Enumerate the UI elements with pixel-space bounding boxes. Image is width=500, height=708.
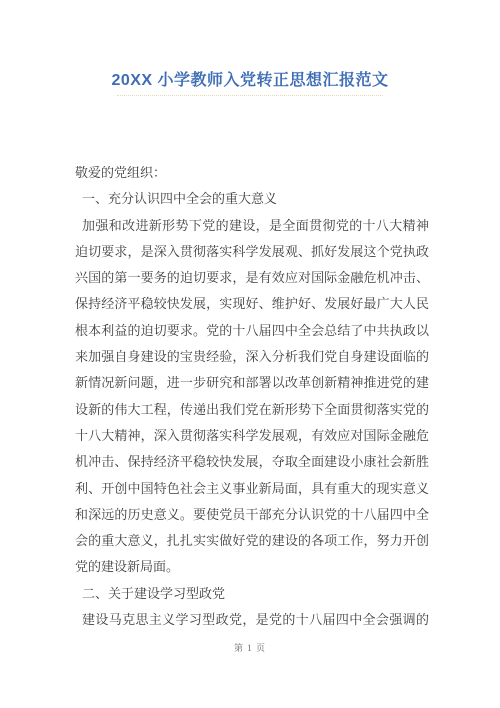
text-line: 会的重大意义，扎扎实实做好党的建设的各项工作，努力开创 [75, 528, 429, 554]
text-line: 保持经济平稳较快发展，实现好、维护好、发展好最广大人民 [75, 291, 429, 317]
text-line: 根本利益的迫切要求。党的十八届四中全会总结了中共执政以 [75, 318, 429, 344]
document-body: 敬爱的党组织：一、充分认识四中全会的重大意义加强和改进新形势下党的建设，是全面贯… [75, 160, 429, 633]
document-title: 20XX 小学教师入党转正思想汇报范文 [0, 68, 500, 94]
text-line: 和深远的历史意义。要使党员干部充分认识党的十八届四中全 [75, 502, 429, 528]
text-line: 来加强自身建设的宝贵经验，深入分析我们党自身建设面临的 [75, 344, 429, 370]
page-number: 第 1 页 [0, 641, 500, 654]
text-line: 敬爱的党组织： [75, 160, 429, 186]
text-line: 新情况新问题，进一步研究和部署以改革创新精神推进党的建 [75, 370, 429, 396]
text-line: 党的建设新局面。 [75, 554, 429, 580]
text-line: 二、关于建设学习型政党 [75, 581, 429, 607]
title-underline [117, 95, 383, 96]
text-line: 利、开创中国特色社会主义事业新局面，具有重大的现实意义 [75, 476, 429, 502]
document-page: 20XX 小学教师入党转正思想汇报范文 敬爱的党组织：一、充分认识四中全会的重大… [0, 0, 500, 708]
text-line: 建设马克思主义学习型政党，是党的十八届四中全会强调的一 [75, 607, 429, 633]
text-line: 机冲击、保持经济平稳较快发展，夺取全面建设小康社会新胜 [75, 449, 429, 475]
text-line: 迫切要求，是深入贯彻落实科学发展观、抓好发展这个党执政 [75, 239, 429, 265]
text-line: 设新的伟大工程，传递出我们党在新形势下全面贯彻落实党的 [75, 397, 429, 423]
text-line: 一、充分认识四中全会的重大意义 [75, 186, 429, 212]
text-line: 十八大精神，深入贯彻落实科学发展观，有效应对国际金融危 [75, 423, 429, 449]
text-line: 兴国的第一要务的迫切要求，是有效应对国际金融危机冲击、 [75, 265, 429, 291]
text-line: 加强和改进新形势下党的建设，是全面贯彻党的十八大精神的 [75, 213, 429, 239]
